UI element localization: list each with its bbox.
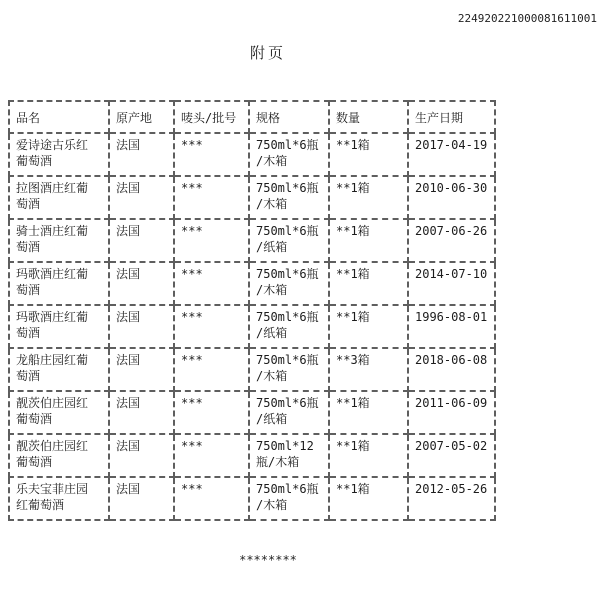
cell-date: 2018-06-08 [408,348,495,391]
cell-qty: **1箱 [329,262,408,305]
cell-product-name: 拉图酒庄红葡 萄酒 [9,176,109,219]
cell-product-name: 靓茨伯庄园红 葡萄酒 [9,391,109,434]
table-row: 靓茨伯庄园红 葡萄酒 法国 *** 750ml*6瓶 /纸箱 **1箱 2011… [9,391,495,434]
cell-origin: 法国 [109,348,174,391]
cell-product-name: 玛歌酒庄红葡 萄酒 [9,305,109,348]
cell-qty: **1箱 [329,391,408,434]
cell-date: 2012-05-26 [408,477,495,520]
cell-mark: *** [174,477,249,520]
cell-spec: 750ml*12 瓶/木箱 [249,434,329,477]
document-number: 224920221000081611001 [458,12,597,25]
cell-mark: *** [174,133,249,176]
cell-origin: 法国 [109,391,174,434]
cell-date: 2017-04-19 [408,133,495,176]
cell-origin: 法国 [109,133,174,176]
cell-product-name: 乐夫宝菲庄园 红葡萄酒 [9,477,109,520]
page-title: 附页 [0,42,536,63]
cell-spec: 750ml*6瓶 /木箱 [249,477,329,520]
cell-qty: **1箱 [329,176,408,219]
column-header-name: 品名 [9,101,109,133]
cell-origin: 法国 [109,176,174,219]
cell-mark: *** [174,262,249,305]
cell-product-name: 玛歌酒庄红葡 萄酒 [9,262,109,305]
cell-origin: 法国 [109,434,174,477]
cell-date: 1996-08-01 [408,305,495,348]
cell-date: 2007-05-02 [408,434,495,477]
cell-qty: **1箱 [329,133,408,176]
cell-origin: 法国 [109,262,174,305]
cell-mark: *** [174,434,249,477]
table-row: 玛歌酒庄红葡 萄酒 法国 *** 750ml*6瓶 /纸箱 **1箱 1996-… [9,305,495,348]
cell-product-name: 龙船庄园红葡 萄酒 [9,348,109,391]
cell-spec: 750ml*6瓶 /木箱 [249,262,329,305]
cell-spec: 750ml*6瓶 /纸箱 [249,391,329,434]
column-header-origin: 原产地 [109,101,174,133]
wine-table: 品名 原产地 唛头/批号 规格 数量 生产日期 爱诗途古乐红 葡萄酒 法国 **… [8,100,496,521]
column-header-spec: 规格 [249,101,329,133]
cell-qty: **1箱 [329,305,408,348]
table-row: 靓茨伯庄园红 葡萄酒 法国 *** 750ml*12 瓶/木箱 **1箱 200… [9,434,495,477]
cell-mark: *** [174,348,249,391]
cell-spec: 750ml*6瓶 /纸箱 [249,305,329,348]
cell-qty: **1箱 [329,477,408,520]
wine-table-container: 品名 原产地 唛头/批号 规格 数量 生产日期 爱诗途古乐红 葡萄酒 法国 **… [8,100,496,521]
cell-qty: **1箱 [329,434,408,477]
table-row: 拉图酒庄红葡 萄酒 法国 *** 750ml*6瓶 /木箱 **1箱 2010-… [9,176,495,219]
cell-mark: *** [174,176,249,219]
cell-origin: 法国 [109,305,174,348]
cell-spec: 750ml*6瓶 /木箱 [249,133,329,176]
table-row: 龙船庄园红葡 萄酒 法国 *** 750ml*6瓶 /木箱 **3箱 2018-… [9,348,495,391]
cell-spec: 750ml*6瓶 /纸箱 [249,219,329,262]
cell-mark: *** [174,391,249,434]
table-row: 玛歌酒庄红葡 萄酒 法国 *** 750ml*6瓶 /木箱 **1箱 2014-… [9,262,495,305]
column-header-mark: 唛头/批号 [174,101,249,133]
column-header-qty: 数量 [329,101,408,133]
cell-origin: 法国 [109,477,174,520]
table-row: 乐夫宝菲庄园 红葡萄酒 法国 *** 750ml*6瓶 /木箱 **1箱 201… [9,477,495,520]
cell-spec: 750ml*6瓶 /木箱 [249,176,329,219]
table-header-row: 品名 原产地 唛头/批号 规格 数量 生产日期 [9,101,495,133]
footer-asterisk-separator: ******** [0,553,536,567]
cell-mark: *** [174,305,249,348]
cell-mark: *** [174,219,249,262]
attached-page-document: { "page": { "doc_number": "2249202210000… [0,0,607,608]
cell-product-name: 骑士酒庄红葡 萄酒 [9,219,109,262]
table-row: 骑士酒庄红葡 萄酒 法国 *** 750ml*6瓶 /纸箱 **1箱 2007-… [9,219,495,262]
cell-qty: **1箱 [329,219,408,262]
cell-date: 2007-06-26 [408,219,495,262]
cell-spec: 750ml*6瓶 /木箱 [249,348,329,391]
cell-date: 2011-06-09 [408,391,495,434]
cell-date: 2014-07-10 [408,262,495,305]
cell-date: 2010-06-30 [408,176,495,219]
table-row: 爱诗途古乐红 葡萄酒 法国 *** 750ml*6瓶 /木箱 **1箱 2017… [9,133,495,176]
column-header-date: 生产日期 [408,101,495,133]
cell-product-name: 爱诗途古乐红 葡萄酒 [9,133,109,176]
cell-origin: 法国 [109,219,174,262]
cell-product-name: 靓茨伯庄园红 葡萄酒 [9,434,109,477]
cell-qty: **3箱 [329,348,408,391]
